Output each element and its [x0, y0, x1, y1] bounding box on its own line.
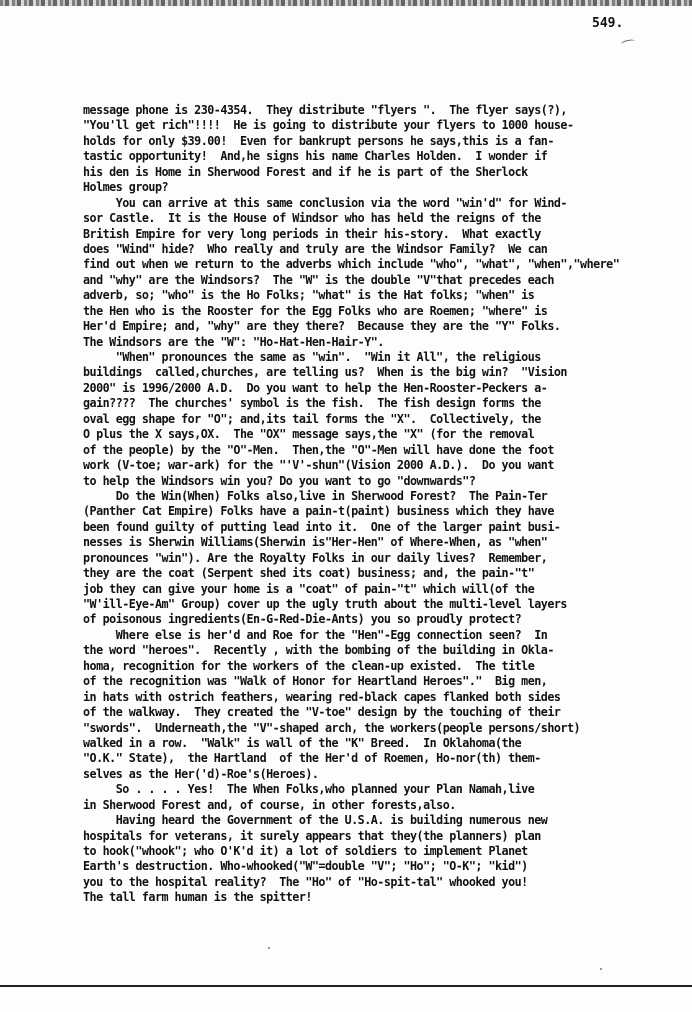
text-line: find out when we return to the adverbs w… [83, 256, 650, 271]
body-text: message phone is 230-4354. They distribu… [83, 102, 650, 905]
text-line: Where else is her'd and Roe for the "Hen… [83, 627, 650, 642]
text-line: selves as the Her('d)-Roe's(Heroes). [83, 766, 650, 781]
text-line: "When" pronounces the same as "win". "Wi… [83, 349, 650, 364]
text-line: of poisonous ingredients(En-G-Red-Die-An… [83, 611, 650, 626]
text-line: gain???? The churches' symbol is the fis… [83, 395, 650, 410]
text-line: does "Wind" hide? Who really and truly a… [83, 241, 650, 256]
text-line: in hats with ostrich feathers, wearing r… [83, 689, 650, 704]
text-line: hospitals for veterans, it surely appear… [83, 828, 650, 843]
text-line: been found guilty of putting lead into i… [83, 519, 650, 534]
text-line: holds for only $39.00! Even for bankrupt… [83, 133, 650, 148]
text-line: and "why" are the Windsors? The "W" is t… [83, 272, 650, 287]
text-line: job they can give your home is a "coat" … [83, 581, 650, 596]
text-line: to hook("whook"; who O'K'd it) a lot of … [83, 843, 650, 858]
text-line: (Panther Cat Empire) Folks have a pain-t… [83, 503, 650, 518]
text-line: O plus the X says,OX. The "OX" message s… [83, 426, 650, 441]
text-line: the word "heroes". Recently , with the b… [83, 642, 650, 657]
text-line: The Windsors are the "W": "Ho-Hat-Hen-Ha… [83, 334, 650, 349]
text-line: British Empire for very long periods in … [83, 226, 650, 241]
text-line: of the people) by the "O"-Men. Then,the … [83, 442, 650, 457]
text-line: they are the coat (Serpent shed its coat… [83, 565, 650, 580]
page-bottom-rule [0, 985, 692, 987]
text-line: The tall farm human is the spitter! [83, 889, 650, 904]
text-line: nesses is Sherwin Williams(Sherwin is"He… [83, 534, 650, 549]
text-line: of the walkway. They created the "V-toe"… [83, 704, 650, 719]
text-line: you to the hospital reality? The "Ho" of… [83, 874, 650, 889]
text-line: "You'll get rich"!!!! He is going to dis… [83, 117, 650, 132]
text-line: "O.K." State), the Hartland of the Her'd… [83, 750, 650, 765]
text-line: adverb, so; "who" is the Ho Folks; "what… [83, 287, 650, 302]
text-line: So . . . . Yes! The When Folks,who plann… [83, 781, 650, 796]
text-line: message phone is 230-4354. They distribu… [83, 102, 650, 117]
text-line: his den is Home in Sherwood Forest and i… [83, 164, 650, 179]
text-line: Holmes group? [83, 179, 650, 194]
text-line: Her'd Empire; and, "why" are they there?… [83, 318, 650, 333]
text-line: oval egg shape for "O"; and,its tail for… [83, 411, 650, 426]
text-line: sor Castle. It is the House of Windsor w… [83, 210, 650, 225]
scan-speck [600, 968, 602, 970]
text-line: 2000" is 1996/2000 A.D. Do you want to h… [83, 380, 650, 395]
scan-speck [268, 947, 270, 949]
text-line: to help the Windsors win you? Do you wan… [83, 473, 650, 488]
text-line: Do the Win(When) Folks also,live in Sher… [83, 488, 650, 503]
text-line: in Sherwood Forest and, of course, in ot… [83, 797, 650, 812]
text-line: "W'ill-Eye-Am" Group) cover up the ugly … [83, 596, 650, 611]
text-line: of the recognition was "Walk of Honor fo… [83, 673, 650, 688]
text-line: pronounces "win"). Are the Royalty Folks… [83, 550, 650, 565]
text-line: homa, recognition for the workers of the… [83, 658, 650, 673]
text-line: "swords". Underneath,the "V"-shaped arch… [83, 720, 650, 735]
text-line: work (V-toe; war-ark) for the "'V'-shun"… [83, 457, 650, 472]
text-line: You can arrive at this same conclusion v… [83, 195, 650, 210]
text-line: tastic opportunity! And,he signs his nam… [83, 148, 650, 163]
page-number: 549. [592, 16, 623, 31]
text-line: buildings called,churches, are telling u… [83, 364, 650, 379]
pen-mark [621, 39, 636, 47]
text-line: Having heard the Government of the U.S.A… [83, 812, 650, 827]
text-line: walked in a row. "Walk" is wall of the "… [83, 735, 650, 750]
text-line: Earth's destruction. Who-whooked("W"=dou… [83, 858, 650, 873]
text-line: the Hen who is the Rooster for the Egg F… [83, 303, 650, 318]
scan-top-edge [0, 0, 692, 6]
